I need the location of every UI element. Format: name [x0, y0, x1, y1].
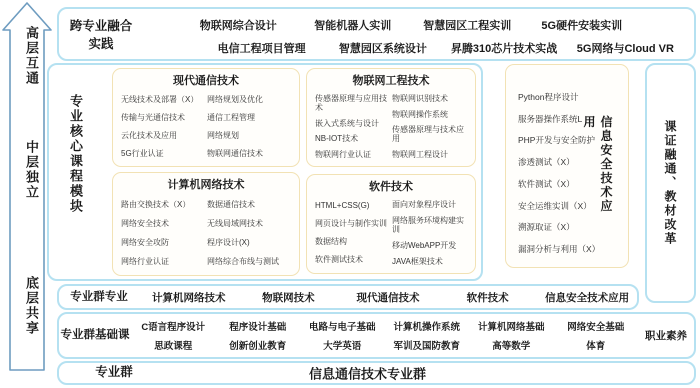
course-box-title: 软件技术: [307, 175, 475, 194]
basic-row-label: 专业群基础课: [59, 328, 131, 342]
course-item: 传感器原理与技术应用: [391, 124, 468, 144]
course-item: 物联网工程设计: [391, 149, 468, 160]
course-item: 溯源取证（X）: [518, 221, 602, 233]
course-box-title: 现代通信技术: [113, 69, 299, 88]
course-column: HTML+CSS(G)网页设计与制作实训数据结构软件测试技术: [314, 197, 391, 269]
course-item: 网络行业认证: [120, 256, 206, 267]
majors-row: 专业群专业 计算机网络技术物联网技术现代通信技术软件技术信息安全技术应用: [57, 284, 639, 310]
course-item: 网络规划: [206, 130, 292, 141]
cross-practice-box: 跨专业融合实践 物联网综合设计智能机器人实训智慧园区工程实训5G硬件安装实训 电…: [57, 7, 696, 61]
course-item: 无线技术及部署（X）: [120, 94, 206, 105]
reform-note-text: 课证融通、教材改革: [662, 120, 679, 246]
majors-list: 计算机网络技术物联网技术现代通信技术软件技术信息安全技术应用: [139, 290, 637, 305]
course-item: 物联网操作系统: [391, 109, 468, 120]
course-column: 路由交换技术（X）网络安全技术网络安全攻防网络行业认证: [120, 195, 206, 271]
course-column: 传感器原理与应用技术嵌入式系统与设计NB-IOT技术物联网行业认证: [314, 91, 391, 162]
course-box-info-security: Python程序设计服务器操作系统LPHP开发与安全防护渗透测试（X）软件测试（…: [505, 64, 629, 268]
basic-course: 思政课程: [131, 338, 216, 352]
practice-course: 智慧园区工程实训: [410, 17, 525, 33]
course-item: 物联网通信技术: [206, 148, 292, 159]
basic-course: 创新创业教育: [216, 338, 301, 352]
course-item: 网络综合布线与测试: [206, 256, 292, 267]
course-item: 云化技术及应用: [120, 130, 206, 141]
basic-course: 大学英语: [300, 338, 385, 352]
course-item: 面向对象程序设计: [391, 199, 468, 210]
course-column: 无线技术及部署（X）传输与光通信技术云化技术及应用5G行业认证: [120, 91, 206, 162]
course-box-title: 物联网工程技术: [307, 69, 475, 88]
course-item: 传输与光通信技术: [120, 112, 206, 123]
course-item: Python程序设计: [518, 91, 602, 103]
course-item: JAVA框架技术: [391, 256, 468, 267]
basic-courses-line2: 思政课程创新创业教育大学英语军训及国防教育高等数学体育: [131, 338, 638, 352]
basic-course: C语言程序设计: [131, 319, 216, 333]
level-label-bottom: 底层共享: [15, 276, 41, 336]
core-module-label: 专业核心课程模块: [66, 94, 85, 254]
practice-course: 物联网综合设计: [181, 17, 296, 33]
course-item: 网络安全技术: [120, 218, 206, 229]
basic-course: 军训及国防教育: [385, 338, 470, 352]
course-box-software: 软件技术 HTML+CSS(G)网页设计与制作实训数据结构软件测试技术 面向对象…: [306, 174, 476, 274]
course-item: 路由交换技术（X）: [120, 199, 206, 210]
basic-course: 体育: [554, 338, 639, 352]
majors-row-label: 专业群专业: [59, 290, 139, 304]
course-item: 数据结构: [314, 236, 391, 247]
course-column: 面向对象程序设计网络服务环境构建实训移动WebAPP开发JAVA框架技术: [391, 197, 468, 269]
major-item: 计算机网络技术: [139, 290, 239, 305]
major-item: 信息安全技术应用: [537, 290, 637, 305]
group-name: 信息通信技术专业群: [309, 364, 426, 383]
basic-course: 网络安全基础: [554, 319, 639, 333]
level-label-top: 高层互通: [15, 26, 41, 86]
course-item: 网络安全攻防: [120, 237, 206, 248]
course-item: 嵌入式系统与设计: [314, 118, 391, 129]
major-item: 软件技术: [438, 290, 538, 305]
level-label-middle: 中层独立: [15, 140, 41, 200]
course-item: 无线局域网技术: [206, 218, 292, 229]
course-box-title: 计算机网络技术: [113, 173, 299, 192]
course-item: 程序设计(X): [206, 237, 292, 248]
basic-course: 计算机网络基础: [469, 319, 554, 333]
course-box-iot: 物联网工程技术 传感器原理与应用技术嵌入式系统与设计NB-IOT技术物联网行业认…: [306, 68, 476, 167]
course-item: 网络服务环境构建实训: [391, 215, 468, 235]
reform-note-box: 课证融通、教材改革: [645, 63, 696, 303]
basic-course: 程序设计基础: [216, 319, 301, 333]
vocational-quality-label: 职业素养: [638, 328, 694, 343]
course-item: 传感器原理与应用技术: [314, 93, 391, 113]
cross-practice-label: 跨专业融合实践: [67, 18, 135, 53]
course-item: 物联网行业认证: [314, 149, 391, 160]
course-item: 通信工程管理: [206, 112, 292, 123]
course-item: HTML+CSS(G): [314, 200, 391, 211]
course-item: 软件测试技术: [314, 254, 391, 265]
practice-course: 智慧园区系统设计: [322, 40, 443, 56]
basic-course: 计算机操作系统: [385, 319, 470, 333]
course-item: 数据通信技术: [206, 199, 292, 210]
course-item: 漏洞分析与利用（X）: [518, 243, 602, 255]
course-column: 物联网识别技术物联网操作系统传感器原理与技术应用物联网工程设计: [391, 91, 468, 162]
practice-course: 5G硬件安装实训: [525, 17, 640, 33]
major-item: 物联网技术: [239, 290, 339, 305]
course-box-computer-network: 计算机网络技术 路由交换技术（X）网络安全技术网络安全攻防网络行业认证 数据通信…: [112, 172, 300, 276]
course-box-modern-comm: 现代通信技术 无线技术及部署（X）传输与光通信技术云化技术及应用5G行业认证 网…: [112, 68, 300, 167]
major-item: 现代通信技术: [338, 290, 438, 305]
practice-course: 电信工程项目管理: [201, 40, 322, 56]
basic-courses-line1: C语言程序设计程序设计基础电路与电子基础计算机操作系统计算机网络基础网络安全基础: [131, 319, 638, 333]
course-item: 网页设计与制作实训: [314, 218, 391, 229]
course-column: 网络规划及优化通信工程管理网络规划物联网通信技术: [206, 91, 292, 162]
group-row: 专业群 信息通信技术专业群: [57, 361, 696, 385]
practice-course: 5G网络与Cloud VR: [565, 40, 686, 56]
basic-course: 高等数学: [469, 338, 554, 352]
course-item: NB-IOT技术: [314, 133, 391, 144]
basic-courses-grid: C语言程序设计程序设计基础电路与电子基础计算机操作系统计算机网络基础网络安全基础…: [131, 314, 638, 357]
course-item: 物联网识别技术: [391, 93, 468, 104]
basic-courses-row: 专业群基础课 C语言程序设计程序设计基础电路与电子基础计算机操作系统计算机网络基…: [57, 312, 696, 359]
practice-course: 智能机器人实训: [296, 17, 411, 33]
group-row-label: 专业群: [59, 365, 169, 381]
cross-practice-row1: 物联网综合设计智能机器人实训智慧园区工程实训5G硬件安装实训: [181, 17, 639, 33]
course-item: 移动WebAPP开发: [391, 240, 468, 251]
course-item: 5G行业认证: [120, 148, 206, 159]
curriculum-diagram: 高层互通 中层独立 底层共享 跨专业融合实践 物联网综合设计智能机器人实训智慧园…: [0, 0, 700, 388]
course-item: 网络规划及优化: [206, 94, 292, 105]
course-column: 数据通信技术无线局域网技术程序设计(X)网络综合布线与测试: [206, 195, 292, 271]
cross-practice-row2: 电信工程项目管理智慧园区系统设计昇腾310芯片技术实战5G网络与Cloud VR: [201, 40, 686, 56]
security-box-title: 信息安全技术应用: [581, 116, 615, 217]
basic-course: 电路与电子基础: [300, 319, 385, 333]
practice-course: 昇腾310芯片技术实战: [444, 40, 565, 56]
